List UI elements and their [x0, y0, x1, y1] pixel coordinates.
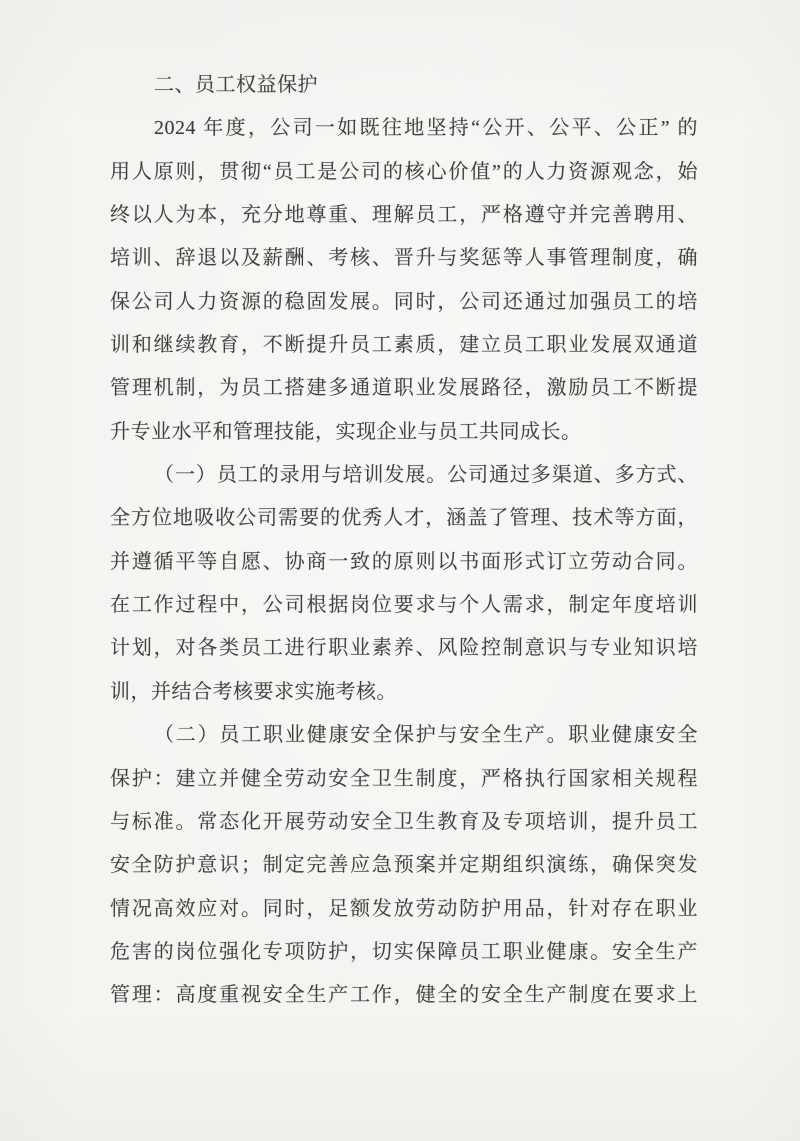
paragraph-1-line-6: 训和继续教育，不断提升员工素质，建立员工职业发展双通道: [110, 324, 698, 367]
paragraph-3-line-4: 安全防护意识；制定完善应急预案并定期组织演练，确保突发: [110, 844, 698, 887]
paragraph-3-line-6: 危害的岗位强化专项防护，切实保障员工职业健康。安全生产: [110, 931, 698, 974]
paragraph-1-line-8: 升专业水平和管理技能，实现企业与员工共同成长。: [110, 411, 698, 454]
paragraph-3-line-1: （二）员工职业健康安全保护与安全生产。职业健康安全: [110, 714, 698, 757]
paragraph-3-line-5: 情况高效应对。同时，足额发放劳动防护用品，针对存在职业: [110, 888, 698, 931]
paragraph-3-line-2: 保护：建立并健全劳动安全卫生制度，严格执行国家相关规程: [110, 758, 698, 801]
paragraph-1-line-1: 2024 年度，公司一如既往地坚持“公开、公平、公正” 的: [110, 107, 698, 150]
paragraph-2-line-6: 训，并结合考核要求实施考核。: [110, 671, 698, 714]
paragraph-2-line-4: 在工作过程中，公司根据岗位要求与个人需求，制定年度培训: [110, 584, 698, 627]
document-text-block: 二、员工权益保护 2024 年度，公司一如既往地坚持“公开、公平、公正” 的 用…: [110, 64, 698, 1018]
paragraph-1-line-3: 终以人为本，充分地尊重、理解员工，严格遵守并完善聘用、: [110, 194, 698, 237]
paragraph-2-line-3: 并遵循平等自愿、协商一致的原则以书面形式订立劳动合同。: [110, 541, 698, 584]
section-heading: 二、员工权益保护: [110, 64, 698, 107]
paragraph-1-line-7: 管理机制，为员工搭建多通道职业发展路径，激励员工不断提: [110, 367, 698, 410]
paragraph-2-line-1: （一）员工的录用与培训发展。公司通过多渠道、多方式、: [110, 454, 698, 497]
paragraph-3-line-7: 管理：高度重视安全生产工作，健全的安全生产制度在要求上: [110, 974, 698, 1017]
paragraph-2-line-2: 全方位地吸收公司需要的优秀人才，涵盖了管理、技术等方面，: [110, 497, 698, 540]
paragraph-3-line-3: 与标准。常态化开展劳动安全卫生教育及专项培训，提升员工: [110, 801, 698, 844]
paragraph-2-line-5: 计划，对各类员工进行职业素养、风险控制意识与专业知识培: [110, 627, 698, 670]
paragraph-1-line-5: 保公司人力资源的稳固发展。同时，公司还通过加强员工的培: [110, 281, 698, 324]
paragraph-1-line-2: 用人原则，贯彻“员工是公司的核心价值”的人力资源观念，始: [110, 151, 698, 194]
paragraph-1-line-4: 培训、辞退以及薪酬、考核、晋升与奖惩等人事管理制度，确: [110, 237, 698, 280]
